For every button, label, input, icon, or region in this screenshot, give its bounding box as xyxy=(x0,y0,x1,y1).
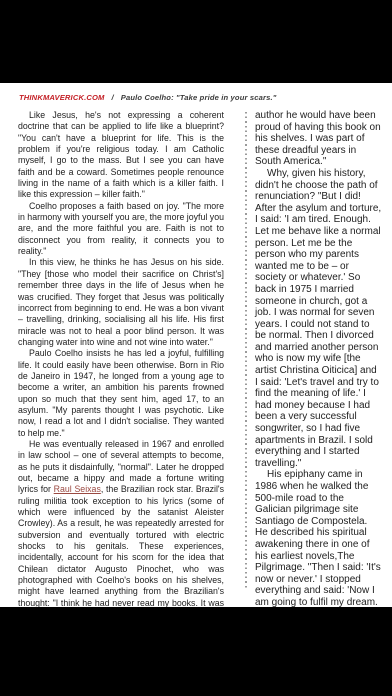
column-divider xyxy=(245,112,247,589)
paragraph: Coelho proposes a faith based on joy. "T… xyxy=(18,201,224,258)
letterbox-top xyxy=(0,0,392,83)
paragraph: He was eventually released in 1967 and e… xyxy=(18,439,224,621)
site-name: THINKMAVERICK.COM xyxy=(19,93,105,102)
header-separator: / xyxy=(112,93,114,102)
paragraph: Paulo Coelho insists he has led a joyful… xyxy=(18,348,224,439)
paragraph: author he would have been proud of havin… xyxy=(255,110,382,168)
paragraph: Why, given his history, didn't he choose… xyxy=(255,168,382,469)
paragraph: In this view, he thinks he has Jesus on … xyxy=(18,257,224,348)
running-header: THINKMAVERICK.COM/Paulo Coelho: "Take pr… xyxy=(19,93,382,102)
paragraph-text: , the Brazilian rock star. Brazil's ruli… xyxy=(18,484,224,619)
raul-seixas-link[interactable]: Raul Seixas xyxy=(54,484,101,494)
article-page-screenshot: THINKMAVERICK.COM/Paulo Coelho: "Take pr… xyxy=(0,0,392,696)
article-column-right: author he would have been proud of havin… xyxy=(255,110,382,632)
letterbox-bottom xyxy=(0,607,392,696)
paragraph: Like Jesus, he's not expressing a cohere… xyxy=(18,110,224,201)
article-title: Paulo Coelho: "Take pride in your scars.… xyxy=(121,93,277,102)
article-column-left: Like Jesus, he's not expressing a cohere… xyxy=(18,110,224,620)
